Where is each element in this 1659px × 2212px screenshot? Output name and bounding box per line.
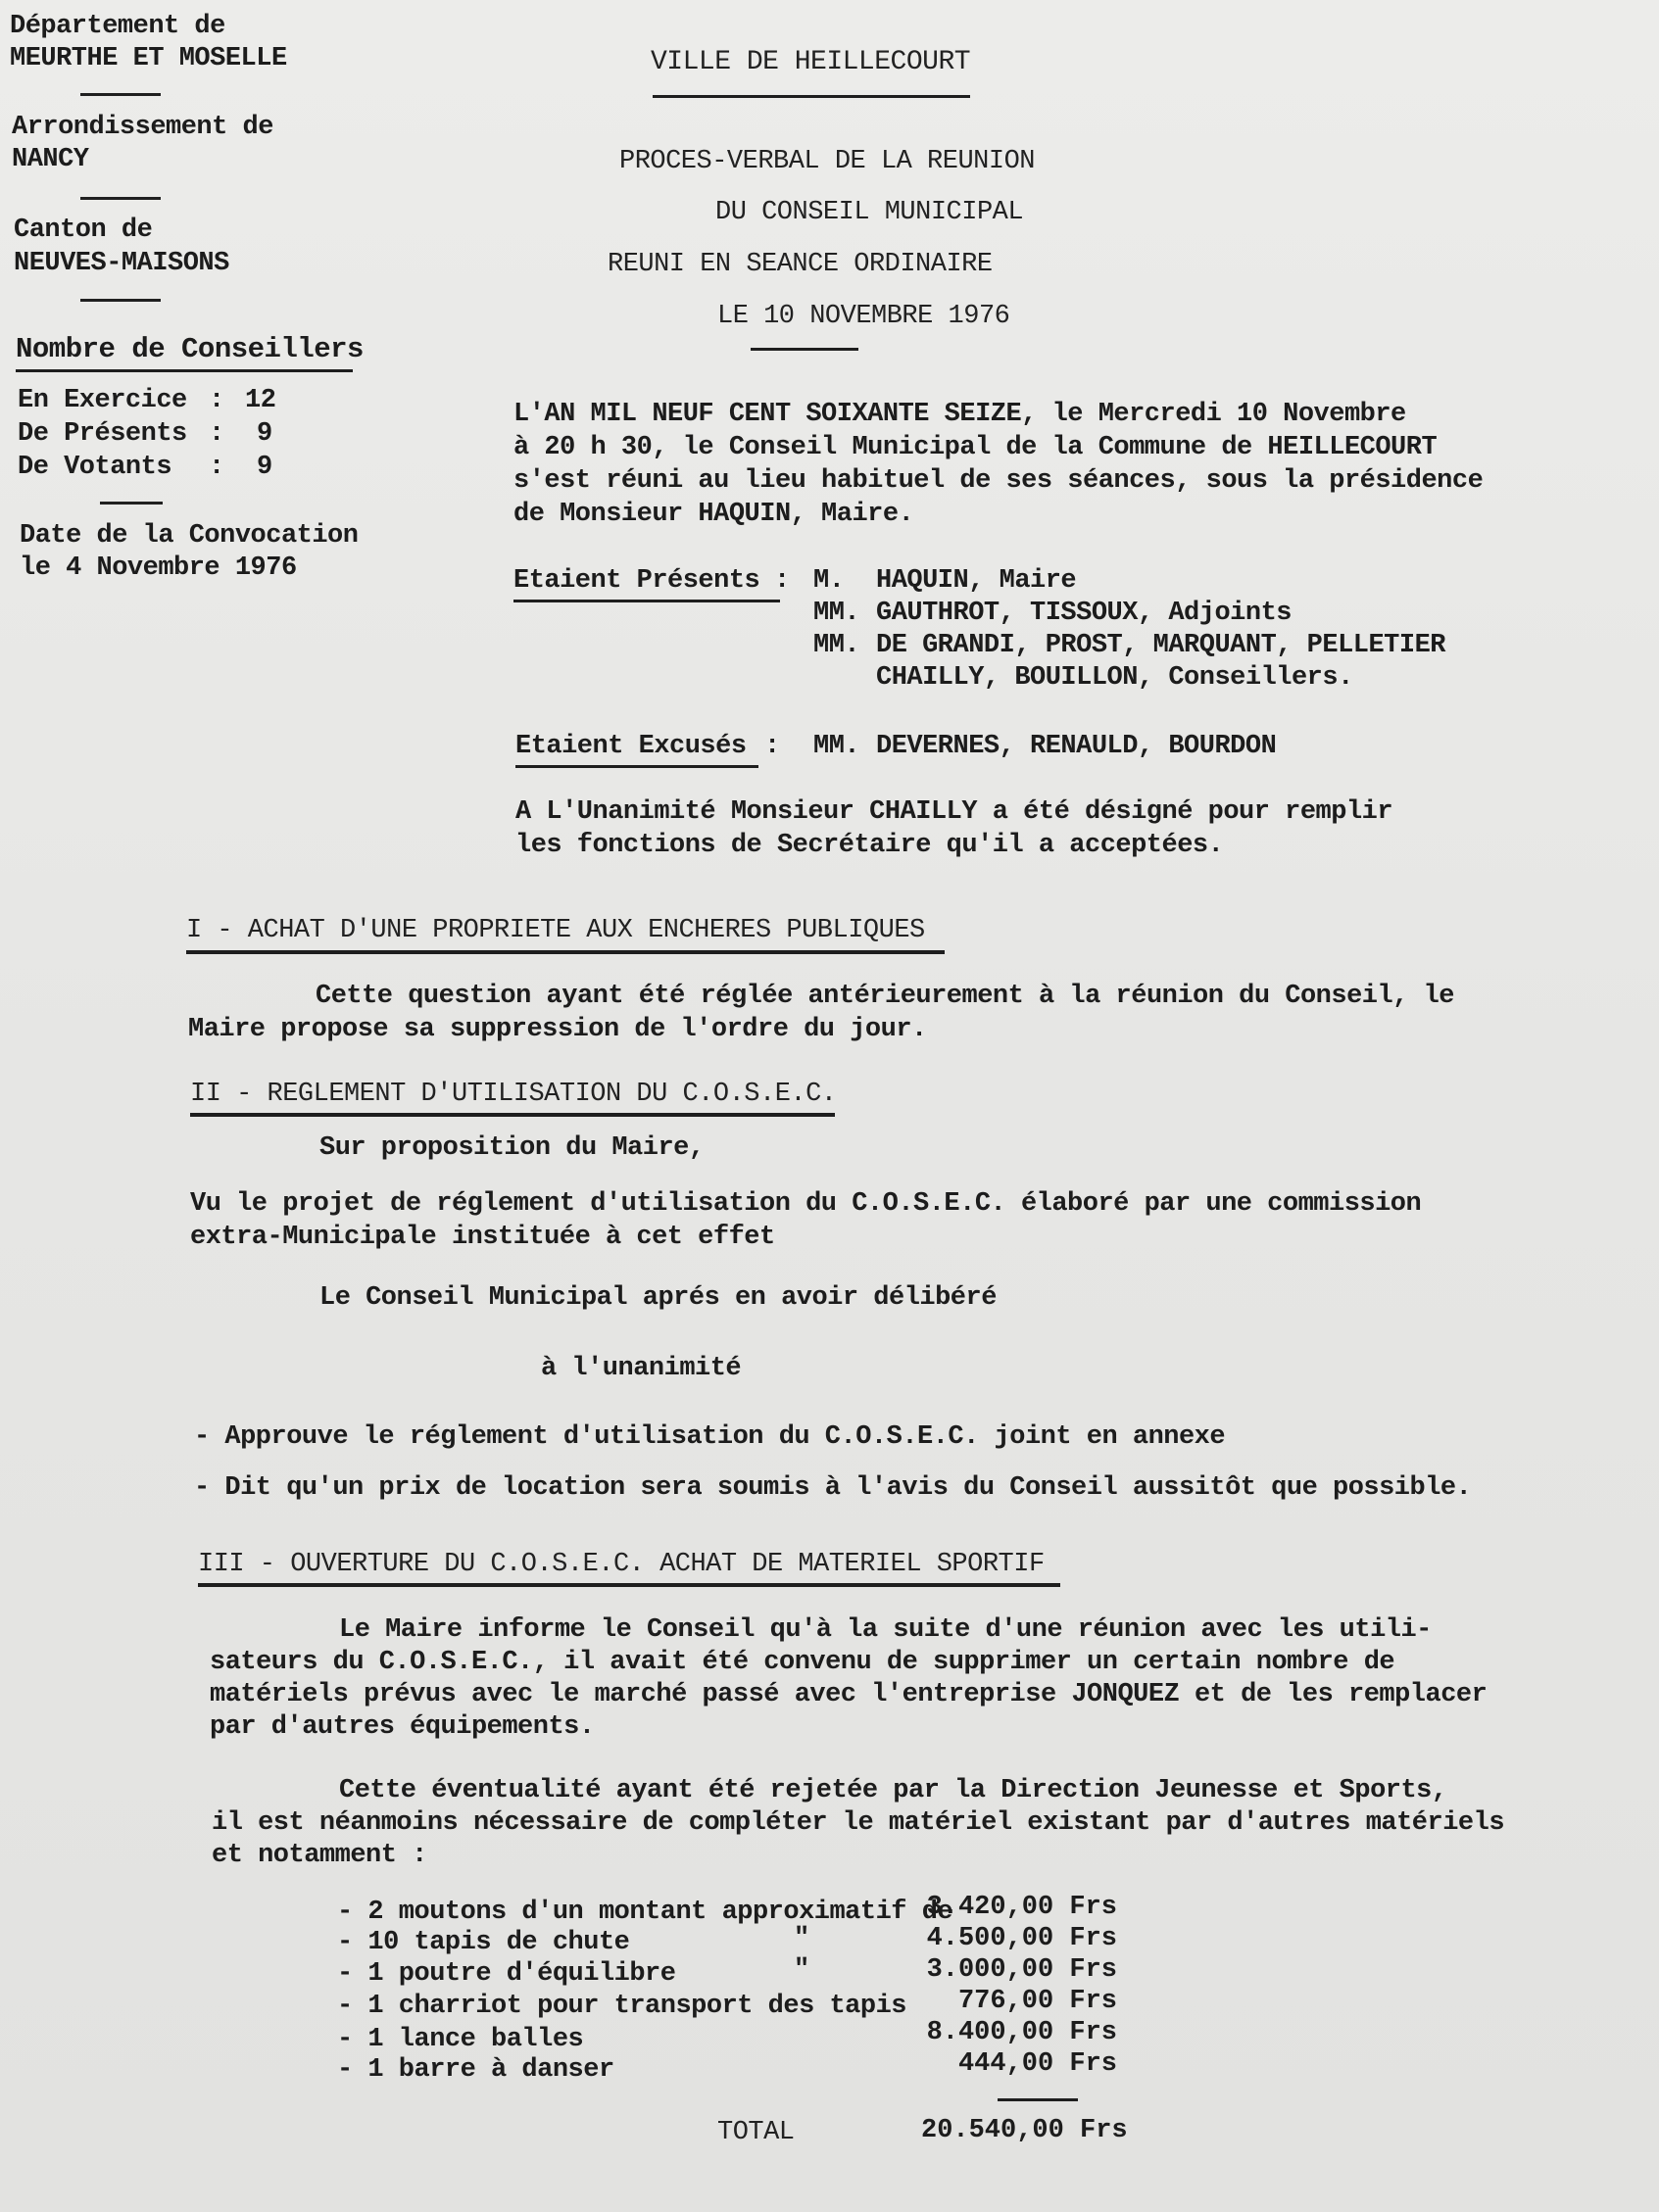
title-line-3: REUNI EN SEANCE ORDINAIRE bbox=[608, 248, 993, 281]
departement-label: Département de bbox=[10, 10, 225, 43]
item-amount: 8.400,00 Frs bbox=[921, 2016, 1117, 2049]
count-value-votants: 9 bbox=[257, 451, 272, 484]
section-heading: I - ACHAT D'UNE PROPRIETE AUX ENCHERES P… bbox=[186, 914, 925, 947]
count-sep: : bbox=[209, 417, 224, 451]
paragraph-line: extra-Municipale instituée à cet effet bbox=[190, 1221, 775, 1254]
paragraph-line: Sur proposition du Maire, bbox=[319, 1131, 705, 1165]
list-item: - Approuve le réglement d'utilisation du… bbox=[194, 1420, 1225, 1454]
intro-line: L'AN MIL NEUF CENT SOIXANTE SEIZE, le Me… bbox=[513, 398, 1406, 431]
conseillers-heading: Nombre de Conseillers bbox=[16, 333, 364, 366]
divider bbox=[80, 93, 161, 96]
count-label: De Votants bbox=[18, 451, 187, 484]
section-underline bbox=[186, 950, 945, 954]
count-label: De Présents bbox=[18, 417, 187, 451]
title-prefix: M. bbox=[813, 564, 844, 598]
arrondissement-value: NANCY bbox=[12, 143, 89, 176]
convocation-value: le 4 Novembre 1976 bbox=[20, 552, 297, 585]
present-line: CHAILLY, BOUILLON, Conseillers. bbox=[876, 661, 1353, 695]
section-heading: II - REGLEMENT D'UTILISATION DU C.O.S.E.… bbox=[190, 1078, 837, 1111]
paragraph-line: à l'unanimité bbox=[541, 1352, 741, 1385]
count-label: En Exercice bbox=[18, 384, 187, 417]
item-label: - 1 poutre d'équilibre bbox=[337, 1957, 675, 1991]
intro-line: à 20 h 30, le Conseil Municipal de la Co… bbox=[513, 431, 1437, 464]
item-label: - 1 barre à danser bbox=[337, 2053, 614, 2087]
section-heading: III - OUVERTURE DU C.O.S.E.C. ACHAT DE M… bbox=[198, 1548, 1045, 1581]
divider bbox=[80, 299, 161, 302]
item-label: - 1 lance balles bbox=[337, 2023, 583, 2056]
total-rule bbox=[998, 2098, 1078, 2101]
excuses-label: Etaient Excusés bbox=[515, 730, 747, 763]
secretary-line: A L'Unanimité Monsieur CHAILLY a été dés… bbox=[515, 795, 1392, 829]
town-name: VILLE DE HEILLECOURT bbox=[651, 46, 970, 79]
meeting-date: LE 10 NOVEMBRE 1976 bbox=[717, 300, 1009, 333]
item-label: - 2 moutons d'un montant approximatif de bbox=[337, 1896, 952, 1929]
present-line: DE GRANDI, PROST, MARQUANT, PELLETIER bbox=[876, 629, 1445, 662]
present-line: HAQUIN, Maire bbox=[876, 564, 1076, 598]
arrondissement-label: Arrondissement de bbox=[12, 111, 273, 144]
title-prefix: MM. bbox=[813, 629, 859, 662]
item-label: - 10 tapis de chute bbox=[337, 1926, 629, 1959]
total-label: TOTAL bbox=[717, 2116, 795, 2149]
title-prefix: MM. bbox=[813, 597, 859, 630]
colon: : bbox=[764, 730, 780, 763]
item-amount: 3.420,00 Frs bbox=[921, 1891, 1117, 1924]
title-line-1: PROCES-VERBAL DE LA REUNION bbox=[619, 145, 1035, 178]
item-amount: 4.500,00 Frs bbox=[921, 1922, 1117, 1955]
town-underline bbox=[653, 95, 970, 98]
excuses-underline bbox=[515, 765, 758, 768]
intro-line: s'est réuni au lieu habituel de ses séan… bbox=[513, 464, 1483, 498]
secretary-line: les fonctions de Secrétaire qu'il a acce… bbox=[515, 829, 1223, 862]
paragraph-line: matériels prévus avec le marché passé av… bbox=[210, 1678, 1487, 1711]
paragraph-line: par d'autres équipements. bbox=[210, 1710, 595, 1744]
count-value-presents: 9 bbox=[257, 417, 272, 451]
section-underline bbox=[198, 1583, 1060, 1587]
section-underline bbox=[190, 1113, 835, 1117]
divider bbox=[80, 197, 161, 200]
intro-line: de Monsieur HAQUIN, Maire. bbox=[513, 498, 913, 531]
paragraph-line: Cette éventualité ayant été rejetée par … bbox=[339, 1774, 1447, 1807]
date-underline bbox=[751, 348, 858, 351]
item-amount: 3.000,00 Frs bbox=[921, 1953, 1117, 1987]
excused-names: DEVERNES, RENAULD, BOURDON bbox=[876, 730, 1276, 763]
paragraph-line: Maire propose sa suppression de l'ordre … bbox=[188, 1013, 927, 1046]
item-amount: 776,00 Frs bbox=[921, 1985, 1117, 2018]
paragraph-line: Le Maire informe le Conseil qu'à la suit… bbox=[339, 1613, 1432, 1647]
canton-value: NEUVES-MAISONS bbox=[14, 247, 229, 280]
total-amount: 20.540,00 Frs bbox=[921, 2114, 1117, 2147]
canton-label: Canton de bbox=[14, 214, 152, 247]
ditto-mark: " bbox=[794, 1953, 809, 1987]
item-label: - 1 charriot pour transport des tapis bbox=[337, 1990, 906, 2023]
paragraph-line: et notamment : bbox=[212, 1839, 427, 1872]
paragraph-line: Vu le projet de réglement d'utilisation … bbox=[190, 1187, 1421, 1221]
divider bbox=[100, 502, 163, 505]
count-sep: : bbox=[209, 384, 224, 417]
convocation-label: Date de la Convocation bbox=[20, 519, 358, 553]
count-sep: : bbox=[209, 451, 224, 484]
title-line-2: DU CONSEIL MUNICIPAL bbox=[715, 196, 1023, 229]
presents-underline bbox=[513, 600, 780, 602]
present-line: GAUTHROT, TISSOUX, Adjoints bbox=[876, 597, 1292, 630]
heading-underline bbox=[16, 369, 353, 372]
colon: : bbox=[774, 564, 790, 598]
ditto-mark: " bbox=[794, 1922, 809, 1955]
title-prefix: MM. bbox=[813, 730, 859, 763]
presents-label: Etaient Présents bbox=[513, 564, 759, 598]
item-amount: 444,00 Frs bbox=[921, 2047, 1117, 2081]
paragraph-line: il est néanmoins nécessaire de compléter… bbox=[212, 1806, 1504, 1840]
paragraph-line: Le Conseil Municipal aprés en avoir déli… bbox=[319, 1281, 997, 1315]
count-value-exercice: 12 bbox=[245, 384, 275, 417]
departement-value: MEURTHE ET MOSELLE bbox=[10, 42, 287, 75]
paragraph-line: sateurs du C.O.S.E.C., il avait été conv… bbox=[210, 1646, 1394, 1679]
paragraph-line: Cette question ayant été réglée antérieu… bbox=[316, 980, 1454, 1013]
list-item: - Dit qu'un prix de location sera soumis… bbox=[194, 1471, 1471, 1505]
